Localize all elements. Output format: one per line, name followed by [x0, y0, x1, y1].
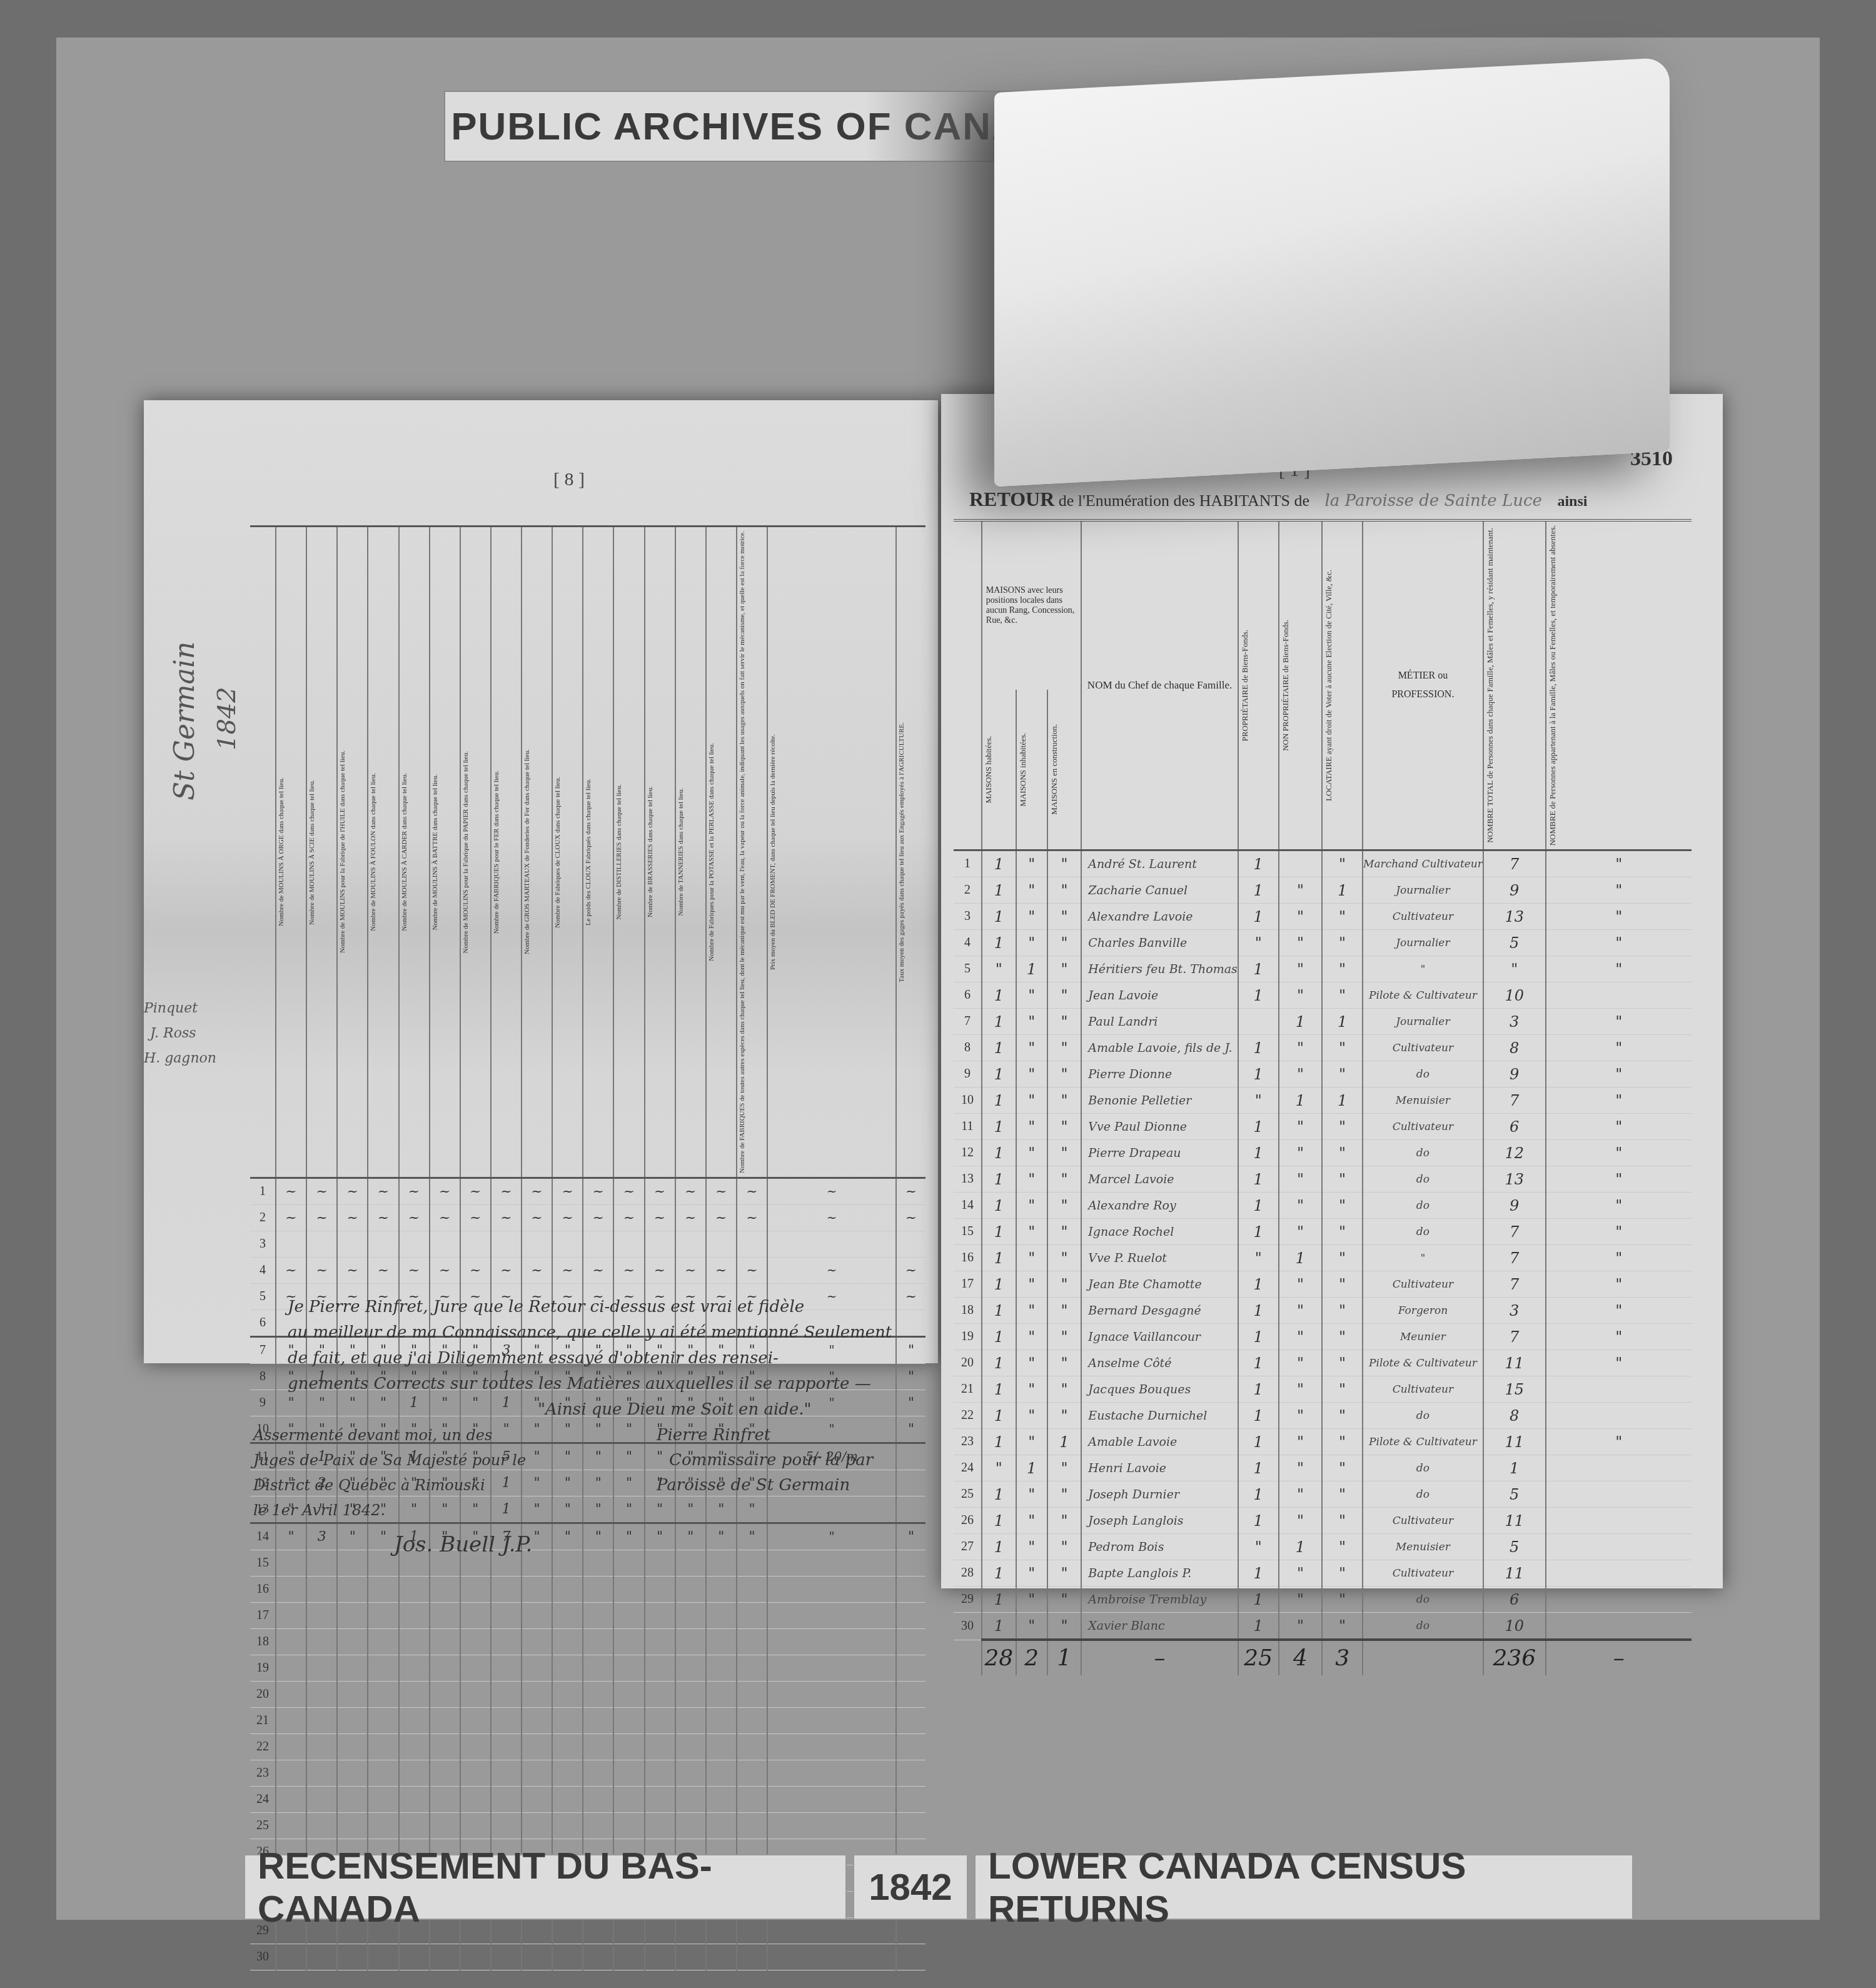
industry-cell: ": [645, 1523, 675, 1550]
row-number: 30: [954, 1613, 982, 1640]
industry-cell: [522, 1231, 552, 1257]
industry-cell: [491, 1812, 522, 1839]
industry-cell: [706, 1576, 737, 1602]
margin-note-year: 1842: [213, 687, 241, 750]
row-number: 11: [954, 1114, 982, 1140]
industry-cell: [583, 1786, 613, 1812]
industry-row: 1~~~~~~~~~~~~~~~~~~: [250, 1178, 925, 1204]
cell-habitees: 1: [982, 877, 1016, 904]
industry-cell: ~: [276, 1257, 306, 1283]
cell-total: 7: [1483, 1087, 1546, 1114]
cell-absents: ": [1546, 956, 1692, 982]
cell-proprietaire: 1: [1238, 1114, 1279, 1140]
cell-metier: ": [1363, 1245, 1483, 1271]
industry-cell: [737, 1231, 767, 1257]
industry-cell: [522, 1628, 552, 1655]
industry-cell: [767, 1628, 896, 1655]
industry-cell: [399, 1760, 430, 1786]
industry-cell: [337, 1707, 368, 1733]
cell-metier: Pilote & Cultivateur: [1363, 982, 1483, 1009]
industry-cell: ~: [430, 1204, 460, 1231]
row-number: 21: [250, 1707, 276, 1733]
census-row: 24"1"Henri Lavoie1""do1: [954, 1455, 1692, 1481]
cell-total: 8: [1483, 1403, 1546, 1429]
cell-locataire: ": [1322, 850, 1363, 877]
folded-paper-flap: [994, 58, 1670, 487]
oath-line-2: au meilleur de ma Connaissance, que cell…: [288, 1320, 925, 1346]
census-row: 11""André St. Laurent1"Marchand Cultivat…: [954, 850, 1692, 877]
industry-cell: [552, 1786, 583, 1812]
cell-nom: Jean Bte Chamotte: [1081, 1271, 1238, 1298]
industry-cell: [337, 1576, 368, 1602]
industry-cell: [368, 1681, 398, 1707]
header-total: NOMBRE TOTAL de Personnes dans chaque Fa…: [1483, 520, 1546, 850]
header-habitees: MAISONS habitées.: [982, 690, 1016, 850]
industry-cell: ": [522, 1443, 552, 1470]
industry-cell: [276, 1602, 306, 1628]
industry-cell: [737, 1602, 767, 1628]
industry-row: 21: [250, 1707, 925, 1733]
industry-cell: [645, 1231, 675, 1257]
cell-total: 7: [1483, 1219, 1546, 1245]
cell-metier: do: [1363, 1613, 1483, 1640]
row-number: 13: [954, 1166, 982, 1193]
industry-cell: [306, 1707, 337, 1733]
margin-name-2: J. Ross: [150, 1026, 196, 1041]
industry-cell: ": [645, 1496, 675, 1523]
cell-nom: Henri Lavoie: [1081, 1455, 1238, 1481]
oath-line-1: Je Pierre Rinfret, Jure que le Retour ci…: [288, 1294, 925, 1320]
industry-cell: [896, 1681, 925, 1707]
industry-cell: [337, 1944, 368, 1970]
census-row: 251""Joseph Durnier1""do5: [954, 1481, 1692, 1508]
industry-cell: [583, 1655, 613, 1681]
cell-total: 7: [1483, 1324, 1546, 1350]
cell-absents: ": [1546, 904, 1692, 930]
cell-construction: ": [1047, 850, 1082, 877]
cell-nom: Pierre Dionne: [1081, 1061, 1238, 1087]
industry-cell: [337, 1602, 368, 1628]
cell-inhabitees: ": [1016, 1403, 1047, 1429]
cell-locataire: ": [1322, 1455, 1363, 1481]
cell-absents: ": [1546, 1035, 1692, 1061]
cell-non-proprietaire: ": [1279, 1324, 1323, 1350]
census-row: 191""Ignace Vaillancour1""Meunier7": [954, 1324, 1692, 1350]
industry-cell: [552, 1812, 583, 1839]
cell-absents: ": [1546, 1350, 1692, 1376]
row-number: 1: [250, 1178, 276, 1204]
industry-row: 20: [250, 1681, 925, 1707]
right-page: 3510 [ 1 ] RETOUR de l'Enumération des H…: [941, 394, 1723, 1588]
cell-non-proprietaire: ": [1279, 982, 1323, 1009]
cell-nom: Zacharie Canuel: [1081, 877, 1238, 904]
industry-cell: ~: [368, 1257, 398, 1283]
industry-cell: [896, 1628, 925, 1655]
cell-nom: Pedrom Bois: [1081, 1534, 1238, 1560]
industry-cell: [337, 1760, 368, 1786]
industry-cell: [337, 1628, 368, 1655]
cell-total: 13: [1483, 1166, 1546, 1193]
industry-cell: [276, 1944, 306, 1970]
industry-cell: ~: [399, 1178, 430, 1204]
cell-inhabitees: ": [1016, 1560, 1047, 1587]
industry-cell: [896, 1550, 925, 1576]
industry-cell: [552, 1231, 583, 1257]
industry-cell: [522, 1576, 552, 1602]
row-number: 8: [954, 1035, 982, 1061]
cell-construction: ": [1047, 1455, 1082, 1481]
census-row: 231"1Amable Lavoie1""Pilote & Cultivateu…: [954, 1429, 1692, 1455]
cell-locataire: ": [1322, 1508, 1363, 1534]
industry-cell: [460, 1733, 491, 1760]
industry-header-13: Nombre de BRASSERIES dans chaque tel lie…: [645, 527, 675, 1178]
header-proprietaire: PROPRIÉTAIRE de Biens-Fonds.: [1238, 520, 1279, 850]
industry-cell: [491, 1707, 522, 1733]
cell-absents: [1546, 1560, 1692, 1587]
cell-proprietaire: 1: [1238, 877, 1279, 904]
cell-proprietaire: 1: [1238, 1271, 1279, 1298]
industry-cell: [552, 1602, 583, 1628]
industry-cell: ": [552, 1496, 583, 1523]
cell-non-proprietaire: ": [1279, 1508, 1323, 1534]
industry-header-9: Nombre de GROS MARTEAUX de Fonderies de …: [522, 527, 552, 1178]
cell-locataire: ": [1322, 930, 1363, 956]
cell-nom: Ambroise Tremblay: [1081, 1587, 1238, 1613]
cell-locataire: ": [1322, 1429, 1363, 1455]
sworn-line-1: Assermenté devant moi, un des: [253, 1423, 526, 1448]
cell-metier: Cultivateur: [1363, 1560, 1483, 1587]
industry-cell: ~: [706, 1257, 737, 1283]
census-row: 291""Ambroise Tremblay1""do6: [954, 1587, 1692, 1613]
cell-inhabitees: ": [1016, 1271, 1047, 1298]
cell-absents: ": [1546, 1009, 1692, 1035]
industry-cell: ~: [337, 1204, 368, 1231]
cell-locataire: ": [1322, 1114, 1363, 1140]
industry-row: 3: [250, 1231, 925, 1257]
cell-metier: do: [1363, 1193, 1483, 1219]
cell-construction: ": [1047, 1035, 1082, 1061]
cell-inhabitees: ": [1016, 1481, 1047, 1508]
industry-cell: ~: [737, 1257, 767, 1283]
cell-metier: do: [1363, 1481, 1483, 1508]
industry-cell: ": [522, 1470, 552, 1496]
industry-cell: [306, 1602, 337, 1628]
industry-cell: ~: [613, 1178, 644, 1204]
industry-cell: [583, 1550, 613, 1576]
cell-construction: ": [1047, 1376, 1082, 1403]
industry-row: 2~~~~~~~~~~~~~~~~~~: [250, 1204, 925, 1231]
cell-habitees: 1: [982, 1613, 1016, 1640]
total-locataire: 3: [1322, 1640, 1363, 1675]
industry-cell: [430, 1707, 460, 1733]
cell-metier: do: [1363, 1403, 1483, 1429]
cell-proprietaire: 1: [1238, 1324, 1279, 1350]
row-number: 25: [250, 1812, 276, 1839]
industry-cell: ~: [276, 1178, 306, 1204]
industry-cell: [706, 1812, 737, 1839]
cell-inhabitees: 1: [1016, 1455, 1047, 1481]
cell-locataire: ": [1322, 1271, 1363, 1298]
cell-inhabitees: ": [1016, 1508, 1047, 1534]
industry-cell: ~: [583, 1178, 613, 1204]
industry-cell: [896, 1917, 925, 1944]
cell-habitees: 1: [982, 982, 1016, 1009]
cell-absents: ": [1546, 1114, 1692, 1140]
header-construction: MAISONS en construction.: [1047, 690, 1082, 850]
industry-cell: [896, 1812, 925, 1839]
cell-locataire: 1: [1322, 877, 1363, 904]
sworn-line-3: District de Québec à Rimouski: [253, 1473, 526, 1498]
cell-proprietaire: 1: [1238, 1455, 1279, 1481]
industry-cell: ~: [552, 1178, 583, 1204]
cell-non-proprietaire: ": [1279, 956, 1323, 982]
industry-cell: [896, 1760, 925, 1786]
commissioner-block: Pierre Rinfret Commissaire pour la par P…: [657, 1423, 873, 1498]
industry-cell: [460, 1681, 491, 1707]
cell-absents: ": [1546, 850, 1692, 877]
industry-cell: [491, 1602, 522, 1628]
industry-cell: [675, 1550, 706, 1576]
industry-cell: ": [675, 1496, 706, 1523]
industry-cell: [675, 1786, 706, 1812]
industry-cell: [430, 1628, 460, 1655]
industry-table: Nombre de MOULINS À ORGE dans chaque tel…: [250, 525, 925, 1970]
census-row: 141""Alexandre Roy1""do9": [954, 1193, 1692, 1219]
industry-header-5: Nombre de MOULINS À CARDER dans chaque t…: [399, 527, 430, 1178]
industry-cell: ~: [430, 1178, 460, 1204]
industry-cell: [430, 1576, 460, 1602]
industry-cell: [522, 1944, 552, 1970]
cell-non-proprietaire: ": [1279, 1271, 1323, 1298]
industry-cell: [767, 1576, 896, 1602]
industry-cell: [706, 1628, 737, 1655]
cell-inhabitees: ": [1016, 1587, 1047, 1613]
industry-header-8: Nombre de FABRIQUES pour le FER dans cha…: [491, 527, 522, 1178]
row-number: 3: [250, 1231, 276, 1257]
cell-locataire: ": [1322, 1324, 1363, 1350]
industry-cell: ": [706, 1523, 737, 1550]
industry-cell: [399, 1576, 430, 1602]
cell-metier: Cultivateur: [1363, 1376, 1483, 1403]
census-row: 181""Bernard Desgagné1""Forgeron3": [954, 1298, 1692, 1324]
cell-nom: Marcel Lavoie: [1081, 1166, 1238, 1193]
cell-non-proprietaire: [1279, 850, 1323, 877]
census-row: 21""Zacharie Canuel1"1Journalier9": [954, 877, 1692, 904]
cell-inhabitees: ": [1016, 930, 1047, 956]
industry-cell: [491, 1944, 522, 1970]
cell-nom: Bapte Langlois P.: [1081, 1560, 1238, 1587]
cell-total: 15: [1483, 1376, 1546, 1403]
cell-absents: ": [1546, 1061, 1692, 1087]
industry-cell: [399, 1707, 430, 1733]
cell-construction: ": [1047, 877, 1082, 904]
industry-cell: [613, 1628, 644, 1655]
industry-cell: [767, 1786, 896, 1812]
cell-metier: Journalier: [1363, 930, 1483, 956]
industry-cell: ": [583, 1523, 613, 1550]
cell-locataire: ": [1322, 1298, 1363, 1324]
industry-cell: ~: [399, 1204, 430, 1231]
industry-row: 18: [250, 1628, 925, 1655]
industry-cell: [399, 1602, 430, 1628]
industry-header-6: Nombre de MOULINS À BATTRE dans chaque t…: [430, 527, 460, 1178]
cell-proprietaire: 1: [1238, 1560, 1279, 1587]
cell-total: 5: [1483, 1534, 1546, 1560]
cell-habitees: 1: [982, 1481, 1016, 1508]
industry-cell: [491, 1733, 522, 1760]
cell-proprietaire: ": [1238, 1087, 1279, 1114]
cell-total: 3: [1483, 1009, 1546, 1035]
cell-metier: Cultivateur: [1363, 904, 1483, 930]
industry-cell: [522, 1760, 552, 1786]
cell-habitees: 1: [982, 904, 1016, 930]
cell-proprietaire: 1: [1238, 1061, 1279, 1087]
industry-cell: [583, 1602, 613, 1628]
industry-cell: [767, 1944, 896, 1970]
industry-cell: [399, 1944, 430, 1970]
cell-nom: Ignace Rochel: [1081, 1219, 1238, 1245]
cell-construction: ": [1047, 1166, 1082, 1193]
cell-habitees: 1: [982, 1245, 1016, 1271]
industry-cell: ": [613, 1443, 644, 1470]
industry-cell: [460, 1812, 491, 1839]
row-number: 18: [250, 1628, 276, 1655]
industry-header-4: Nombre de MOULINS À FOULON dans chaque t…: [368, 527, 398, 1178]
industry-cell: [706, 1602, 737, 1628]
total-construction: 1: [1047, 1640, 1082, 1675]
cell-metier: do: [1363, 1587, 1483, 1613]
row-number: 30: [250, 1944, 276, 1970]
cell-proprietaire: 1: [1238, 850, 1279, 877]
cell-habitees: 1: [982, 1534, 1016, 1560]
cell-habitees: ": [982, 1455, 1016, 1481]
cell-construction: ": [1047, 904, 1082, 930]
cell-locataire: 1: [1322, 1009, 1363, 1035]
industry-cell: [613, 1707, 644, 1733]
industry-cell: [645, 1655, 675, 1681]
cell-locataire: ": [1322, 904, 1363, 930]
left-page-number: [ 8 ]: [553, 469, 585, 490]
industry-cell: [737, 1681, 767, 1707]
cell-locataire: ": [1322, 1140, 1363, 1166]
row-number: 19: [250, 1655, 276, 1681]
cell-non-proprietaire: 1: [1279, 1087, 1323, 1114]
header-locataire: LOCATAIRE ayant droit de Voter à aucune …: [1322, 520, 1363, 850]
industry-cell: [896, 1496, 925, 1523]
cell-non-proprietaire: ": [1279, 930, 1323, 956]
cell-proprietaire: 1: [1238, 1587, 1279, 1613]
cell-metier: do: [1363, 1140, 1483, 1166]
cell-total: 7: [1483, 1271, 1546, 1298]
industry-cell: ~: [368, 1204, 398, 1231]
cell-nom: Joseph Durnier: [1081, 1481, 1238, 1508]
census-row: 211""Jacques Bouques1""Cultivateur15: [954, 1376, 1692, 1403]
industry-cell: ": [337, 1523, 368, 1550]
cell-non-proprietaire: ": [1279, 904, 1323, 930]
industry-cell: [767, 1733, 896, 1760]
row-number: 21: [954, 1376, 982, 1403]
industry-cell: [276, 1760, 306, 1786]
oath-text: Je Pierre Rinfret, Jure que le Retour ci…: [288, 1294, 925, 1423]
cell-total: 7: [1483, 1245, 1546, 1271]
total-persons: 236: [1483, 1640, 1546, 1675]
cell-non-proprietaire: ": [1279, 1219, 1323, 1245]
census-row: 201""Anselme Côté1""Pilote & Cultivateur…: [954, 1350, 1692, 1376]
industry-cell: ": [613, 1496, 644, 1523]
magistrate-signature: Jos. Buell J.P.: [394, 1532, 532, 1557]
cell-inhabitees: 1: [1016, 956, 1047, 982]
cell-construction: ": [1047, 1403, 1082, 1429]
industry-cell: ~: [645, 1257, 675, 1283]
cell-absents: [1546, 1587, 1692, 1613]
industry-header-18: Taux moyen des gages payés dans chaque t…: [896, 527, 925, 1178]
industry-cell: ~: [737, 1178, 767, 1204]
industry-cell: [399, 1733, 430, 1760]
cell-locataire: ": [1322, 1481, 1363, 1508]
row-number: 2: [954, 877, 982, 904]
cell-habitees: ": [982, 956, 1016, 982]
industry-header-16: Nombre de FABRIQUES de toutes autres esp…: [737, 527, 767, 1178]
archive-label: PUBLIC ARCHIVES OF CANA: [444, 91, 1028, 162]
cell-non-proprietaire: ": [1279, 1429, 1323, 1455]
industry-cell: 3: [306, 1523, 337, 1550]
industry-cell: [896, 1470, 925, 1496]
industry-cell: [399, 1628, 430, 1655]
industry-cell: [460, 1786, 491, 1812]
industry-cell: [675, 1707, 706, 1733]
industry-cell: ~: [522, 1257, 552, 1283]
industry-row: 23: [250, 1760, 925, 1786]
industry-cell: ~: [737, 1204, 767, 1231]
industry-cell: ~: [522, 1204, 552, 1231]
cell-absents: ": [1546, 930, 1692, 956]
cell-inhabitees: ": [1016, 877, 1047, 904]
industry-cell: ~: [896, 1204, 925, 1231]
header-absents: NOMBRE de Personnes appartenant à la Fam…: [1546, 520, 1692, 850]
cell-absents: ": [1546, 1429, 1692, 1455]
row-number: 1: [954, 850, 982, 877]
industry-cell: ~: [399, 1257, 430, 1283]
total-inhabitees: 2: [1016, 1640, 1047, 1675]
cell-total: 11: [1483, 1508, 1546, 1534]
cell-locataire: ": [1322, 1587, 1363, 1613]
cell-construction: ": [1047, 1613, 1082, 1640]
row-number: 14: [954, 1193, 982, 1219]
industry-cell: ~: [522, 1178, 552, 1204]
cell-locataire: ": [1322, 1613, 1363, 1640]
industry-cell: [276, 1231, 306, 1257]
industry-cell: [767, 1707, 896, 1733]
industry-cell: [552, 1628, 583, 1655]
cell-habitees: 1: [982, 1324, 1016, 1350]
total-habitees: 28: [982, 1640, 1016, 1675]
industry-cell: [706, 1786, 737, 1812]
margin-name-1: Pinquet: [144, 1001, 198, 1016]
cell-habitees: 1: [982, 1140, 1016, 1166]
industry-cell: ": [737, 1496, 767, 1523]
industry-cell: [368, 1733, 398, 1760]
cell-construction: ": [1047, 956, 1082, 982]
row-number: 25: [954, 1481, 982, 1508]
row-number: 7: [250, 1336, 276, 1363]
industry-cell: [306, 1812, 337, 1839]
cell-construction: ": [1047, 1271, 1082, 1298]
margin-note-title: St Germain: [169, 642, 201, 800]
cell-inhabitees: ": [1016, 1219, 1047, 1245]
cell-construction: ": [1047, 1009, 1082, 1035]
cell-proprietaire: 1: [1238, 1613, 1279, 1640]
industry-cell: ~: [645, 1178, 675, 1204]
